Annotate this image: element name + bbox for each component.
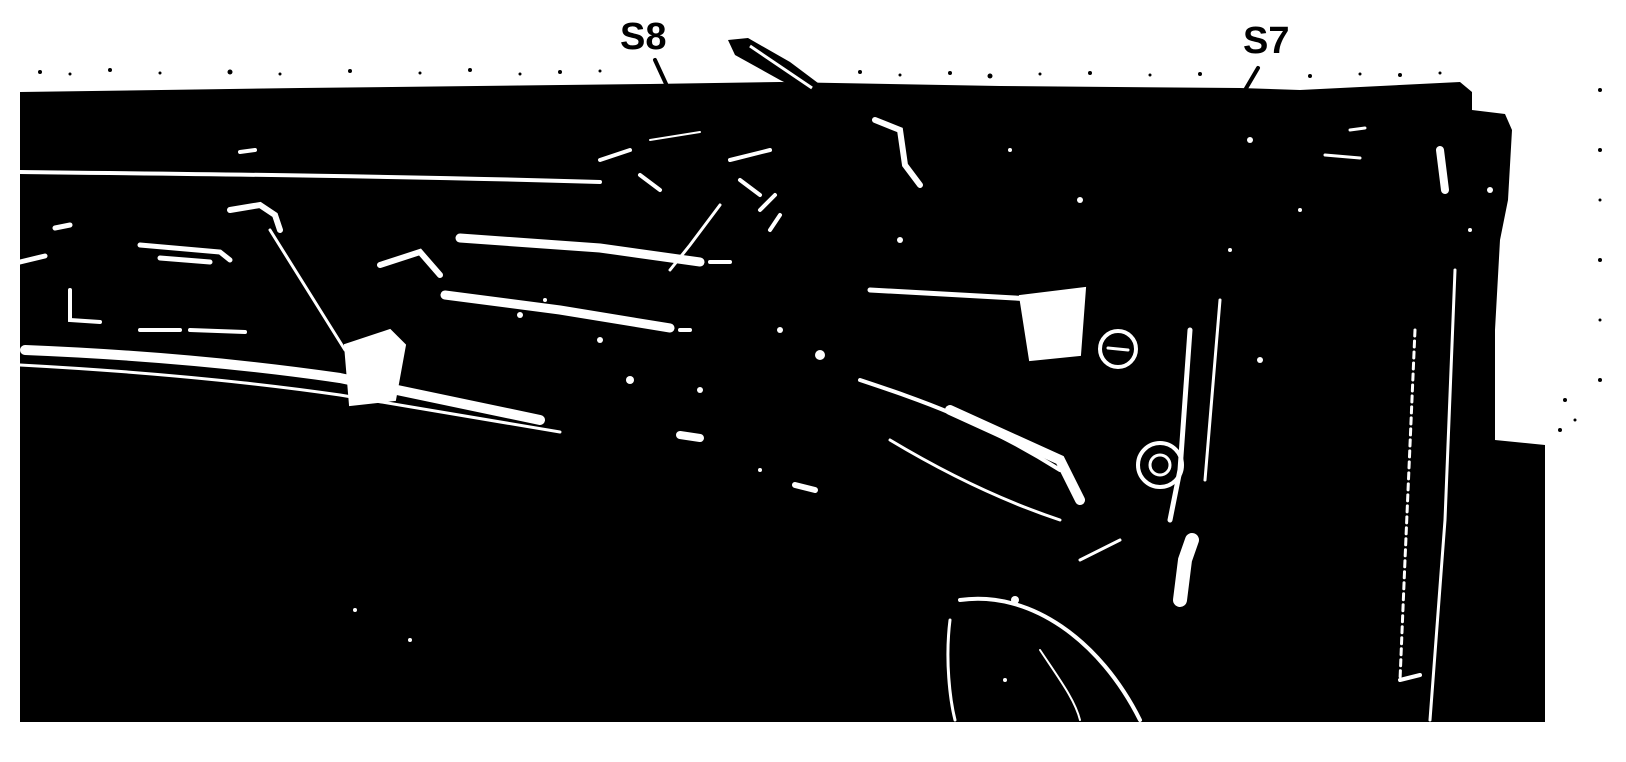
technical-photo-figure [0, 0, 1626, 762]
photo-dark-region [20, 82, 1545, 722]
callout-label-s8: S8 [620, 18, 666, 56]
leader-line-s8 [655, 60, 667, 86]
callout-label-s7: S7 [1243, 22, 1289, 60]
